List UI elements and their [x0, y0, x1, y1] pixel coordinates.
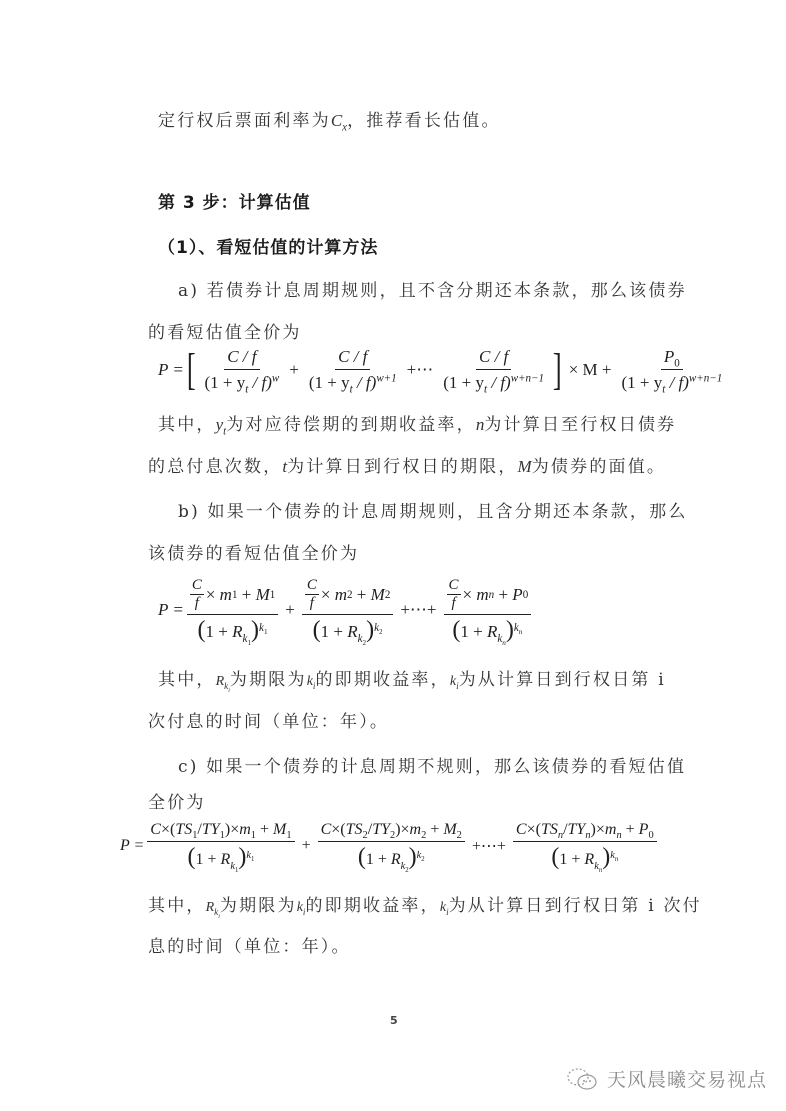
para-a-line1: a) 若债券计息周期规则，且不含分期还本条款，那么该债券: [178, 276, 687, 301]
right-bracket: ]: [553, 348, 562, 392]
fraction: Cf × mn + P0 (1 + Rkn)kn: [444, 577, 532, 643]
fraction: C×(TS1/TY1)×m1 + M1 (1 + Rk1)k1: [147, 821, 294, 870]
where-b-line1: 其中，Rki为期限为ki的即期收益率，ki为从计算日到行权日第 i: [158, 665, 666, 691]
intro-text: 定行权后票面利率为: [158, 111, 331, 131]
fraction: C×(TS2/TY2)×m2 + M2 (1 + Rk2)k2: [318, 821, 465, 870]
para-b-line2: 该债券的看短估值全价为: [148, 539, 359, 564]
where-b-line2: 次付息的时间（单位：年）。: [148, 707, 389, 732]
fraction: Cf × m2 + M2 (1 + Rk2)k2: [302, 577, 393, 643]
section-heading: （1）、看短估值的计算方法: [158, 233, 378, 258]
watermark: 天风晨曦交易视点: [565, 1065, 767, 1092]
formula-lhs: P =: [158, 600, 184, 620]
intro-text-tail: ，推荐看长估值。: [347, 111, 501, 131]
formula-b: P = Cf × m1 + M1 (1 + Rk1)k1 + Cf × m2 +…: [158, 572, 534, 648]
where-c-line2: 息的时间（单位：年）。: [148, 932, 351, 957]
where-a-line1: 其中，yt为对应待偿期的到期收益率，n为计算日至行权日债券: [158, 410, 676, 435]
formula-lhs: P =: [120, 837, 144, 855]
formula-lhs: P =: [158, 360, 184, 380]
para-c-line2: 全价为: [148, 788, 206, 813]
where-c-line1: 其中，Rki为期限为ki的即期收益率，ki为从计算日到行权日第 i 次付: [148, 891, 702, 917]
fraction: P0 (1 + yt / f)w+n−1: [618, 347, 725, 393]
left-bracket: [: [187, 348, 196, 392]
intro-line: 定行权后票面利率为Cx，推荐看长估值。: [158, 106, 501, 131]
para-c-line1: c) 如果一个债券的计息周期不规则，那么该债券的看短估值: [178, 752, 686, 777]
para-b-line1: b) 如果一个债券的计息周期规则，且含分期还本条款，那么: [178, 497, 688, 522]
para-a-line2: 的看短估值全价为: [148, 318, 302, 343]
formula-c: P = C×(TS1/TY1)×m1 + M1 (1 + Rk1)k1 + C×…: [120, 818, 660, 874]
wechat-icon: [565, 1067, 599, 1091]
watermark-text: 天风晨曦交易视点: [607, 1065, 767, 1092]
fraction: C / f (1 + yt / f)w: [201, 347, 282, 393]
coupon-symbol: Cx: [331, 111, 347, 130]
formula-a: P = [ C / f (1 + yt / f)w + C / f (1 + y…: [158, 345, 728, 395]
fraction: Cf × m1 + M1 (1 + Rk1)k1: [187, 577, 278, 643]
step-heading: 第 3 步：计算估值: [158, 188, 311, 213]
fraction: C / f (1 + yt / f)w+1: [306, 347, 400, 393]
fraction: C×(TSn/TYn)×mn + P0 (1 + Rkn)kn: [513, 821, 657, 870]
fraction: C / f (1 + yt / f)w+n−1: [440, 347, 547, 393]
where-a-line2: 的总付息次数，t为计算日到行权日的期限，M为债券的面值。: [148, 452, 666, 477]
page-number: 5: [390, 1014, 398, 1027]
